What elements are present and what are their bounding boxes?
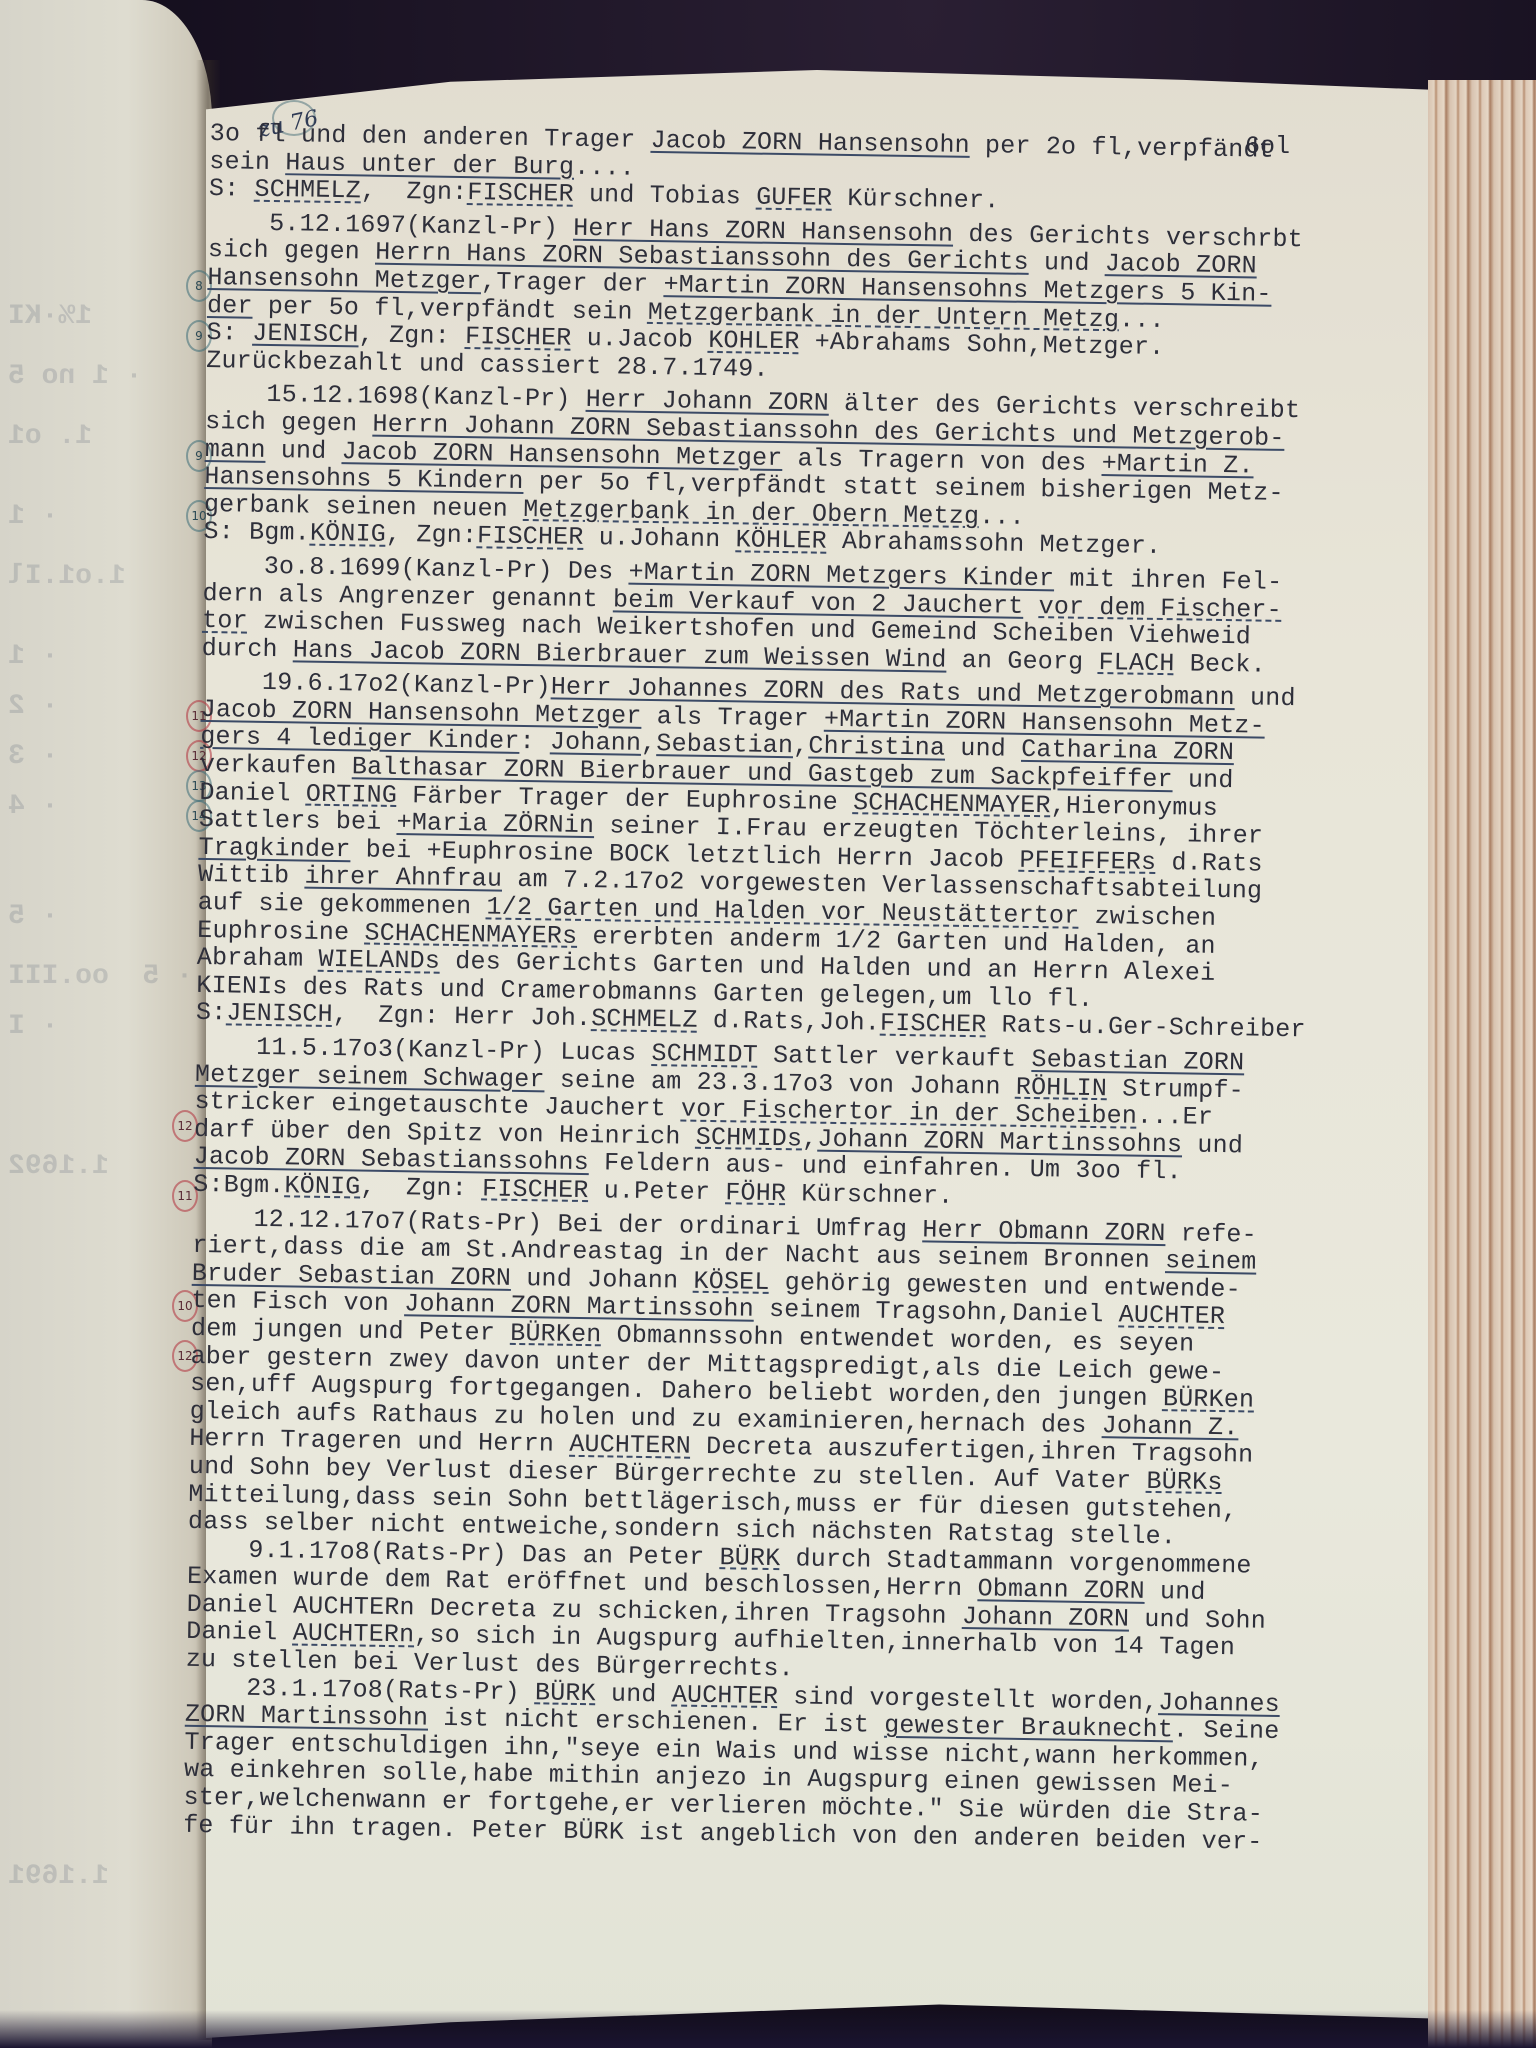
underlined-name: BÜRKen: [510, 1319, 602, 1349]
text-span: u.Peter: [588, 1176, 725, 1207]
text-span: Daniel: [186, 1617, 293, 1648]
underlined-name: KÖNIG: [284, 1171, 360, 1201]
ghost-text: · 2: [8, 690, 58, 724]
underlined-name: Sebastian: [656, 730, 793, 761]
text-span: d.Rats,Joh.: [697, 1006, 880, 1038]
underlined-name: AUCHTERN: [569, 1430, 691, 1461]
underlined-name: FISCHER: [465, 322, 572, 353]
text-span: und: [1235, 683, 1296, 713]
underlined-name: der: [207, 291, 253, 321]
underlined-name: SCHMIDT: [651, 1039, 758, 1070]
typewritten-body: 3o fl und den anderen Trager Jacob ZORN …: [183, 120, 1430, 1858]
underlined-name: WIELANDs: [318, 945, 440, 976]
text-span: Wittib: [198, 860, 305, 891]
text-span: und: [1182, 1130, 1243, 1160]
ghost-text: · 3: [8, 740, 58, 774]
underlined-name: +Martin Z.: [1101, 449, 1253, 480]
underlined-name: AUCHTER: [672, 1680, 779, 1711]
text-span: Beck.: [1174, 649, 1266, 679]
text-span: S:: [196, 998, 227, 1027]
text-span: sich gegen: [205, 407, 373, 439]
underlined-name: FÖHR: [725, 1178, 786, 1208]
underlined-name: KÖSEL: [693, 1266, 769, 1296]
text-span: S:: [209, 174, 255, 204]
ghost-text: 1.o1.Il: [8, 560, 126, 594]
text-span: Strumpf-: [1107, 1074, 1244, 1105]
page-edges-stack: [1428, 80, 1536, 2048]
underlined-name: GUFER: [756, 183, 832, 213]
underlined-name: KÖNIG: [310, 519, 386, 549]
underlined-name: BÜRKen: [1163, 1384, 1255, 1414]
text-span: und: [596, 1679, 672, 1709]
text-span: per 2o fl,verpfändt: [970, 131, 1274, 165]
text-span: , Zgn:: [360, 1172, 482, 1203]
text-span: und: [1145, 1577, 1206, 1607]
text-span: und: [945, 734, 1021, 764]
text-span: an Georg: [946, 645, 1098, 676]
text-span: S:: [206, 318, 252, 348]
ghost-text: · 1 no 5: [8, 360, 142, 394]
underlined-name: JENISCH: [226, 999, 333, 1030]
text-span: +Abrahams Sohn,Metzger.: [799, 327, 1164, 362]
text-span: Abrahamssohn Metzger.: [827, 527, 1162, 561]
ghost-text: · 1: [8, 500, 58, 534]
underlined-name: AUCHTERn: [292, 1619, 414, 1650]
underlined-name: FLACH: [1098, 648, 1174, 678]
text-span: ,: [793, 732, 809, 761]
text-span: , Zgn:: [361, 177, 468, 208]
text-span: Kürschner.: [786, 1179, 954, 1211]
text-span: ,Hieronymus: [1050, 791, 1218, 823]
text-span: ....: [574, 152, 635, 182]
text-span: S:Bgm.: [193, 1170, 285, 1200]
text-span: ...: [1119, 305, 1165, 335]
underlined-name: Johannes: [1158, 1688, 1280, 1719]
underlined-name: BÜRK: [535, 1678, 596, 1708]
underlined-name: mann: [205, 434, 266, 464]
bottom-shadow: [0, 2010, 1536, 2048]
underlined-name: AUCHTER: [1118, 1301, 1225, 1332]
text-span: ,: [802, 1124, 818, 1153]
text-span: BÜRK: [563, 1816, 624, 1846]
underlined-name: FISCHER: [880, 1009, 987, 1040]
text-span: durch: [201, 634, 293, 664]
text-span: Daniel: [199, 778, 306, 809]
text-span: . Seine: [1173, 1716, 1280, 1747]
text-span: und: [1172, 765, 1233, 795]
text-span: Abraham: [197, 943, 319, 974]
ghost-text: 1. o1: [8, 420, 92, 454]
underlined-name: FISCHER: [482, 1174, 589, 1205]
ghost-text: · I: [8, 1010, 58, 1044]
ghost-text: 1.1691: [8, 1860, 109, 1894]
underlined-name: tor: [202, 606, 248, 636]
text-span: verkaufen: [200, 750, 352, 781]
text-span: sich gegen: [208, 235, 376, 267]
text-span: u.Jacob: [571, 324, 708, 355]
text-span: und Tobias: [574, 180, 757, 212]
underlined-name: Tragkinder: [198, 833, 350, 864]
ghost-text: 1%·KI: [8, 300, 92, 334]
ghost-text: · 1: [8, 640, 58, 674]
text-span: S: Bgm.: [203, 517, 310, 548]
underlined-name: KOHLER: [708, 326, 800, 356]
ghost-text: · 4: [8, 790, 58, 824]
underlined-name: BÜRK: [719, 1543, 780, 1573]
text-span: ...: [979, 502, 1025, 532]
left-facing-page: 1%·KI· 1 no 51. o1· 11.o1.Il· 1· 2· 3· 4…: [0, 0, 212, 2048]
text-span: d.Rats: [1156, 848, 1263, 879]
ghost-text: · 5: [8, 900, 58, 934]
underlined-name: Obmann ZORN: [977, 1575, 1145, 1607]
ghost-text: · 5 oo.III: [8, 960, 193, 994]
underlined-name: SCHMELZ: [254, 175, 361, 206]
text-span: , Zgn:: [386, 520, 478, 550]
underlined-name: RÖHLIN: [1016, 1072, 1108, 1102]
underlined-name: ORTING: [306, 779, 398, 809]
text-span: zwischen: [1079, 902, 1216, 933]
underlined-name: FISCHER: [477, 522, 584, 553]
underlined-name: Johann: [550, 728, 642, 758]
underlined-name: PFEIFFERs: [1019, 846, 1156, 877]
text-span: ...Er: [1137, 1102, 1213, 1132]
text-span: ,: [641, 729, 657, 758]
text-span: sein: [209, 147, 285, 177]
text-span: und Sohn: [1129, 1604, 1266, 1635]
underlined-name: SCHMIDs: [696, 1123, 803, 1154]
underlined-name: Jacob ZORN: [1105, 249, 1257, 280]
text-span: [1023, 591, 1039, 620]
text-span: Euphrosine: [197, 916, 365, 948]
underlined-name: BÜRKs: [1146, 1467, 1222, 1497]
underlined-name: FISCHER: [467, 178, 574, 209]
underlined-name: SCHMELZ: [591, 1005, 698, 1036]
text-span: und: [265, 435, 341, 465]
text-span: refe-: [1165, 1219, 1257, 1249]
text-span: fe für ihn tragen. Peter: [183, 1810, 563, 1845]
underlined-name: KÖHLER: [735, 526, 827, 556]
text-span: , Zgn: Herr Joh.: [333, 1000, 592, 1033]
underlined-name: Johann ZORN: [962, 1602, 1130, 1634]
underlined-name: Christina: [808, 732, 945, 763]
text-span: und: [1029, 248, 1105, 278]
text-span: , Zgn:: [358, 321, 465, 352]
underlined-name: JENISCH: [252, 319, 359, 350]
text-span: :: [519, 727, 550, 756]
ghost-text: 1.1692: [8, 1150, 109, 1184]
text-span: u.Johann: [583, 523, 735, 554]
text-span: Kürschner.: [832, 184, 1000, 216]
underlined-name: Jacob ZORN Hansensohn: [650, 126, 970, 160]
underlined-name: Johann Z.: [1102, 1411, 1239, 1442]
text-span: Rats-u.Ger-Schreiber: [986, 1011, 1306, 1045]
underlined-name: seinem: [1165, 1246, 1257, 1276]
